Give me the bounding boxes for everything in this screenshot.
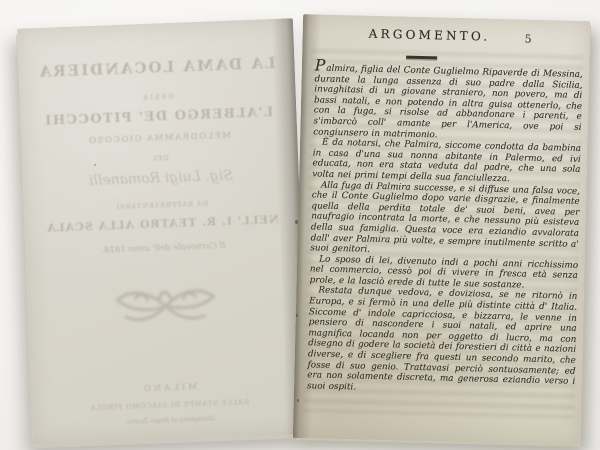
bleedthrough-genre: MELODRAMMA GIOCOSO bbox=[21, 128, 297, 149]
right-page: ARGOMENTO. 5 Palmira, figlia del Conte G… bbox=[293, 14, 590, 445]
argomento-paragraph-1: Palmira, figlia del Conte Guglielmo Ripa… bbox=[313, 63, 583, 144]
bleedthrough-city: MILANO bbox=[31, 378, 307, 399]
bleedthrough-del: DEL bbox=[22, 149, 298, 168]
paragraph-text: almira, figlia del Conte Guglielmo Ripav… bbox=[313, 64, 583, 140]
bleedthrough-main-title: LA DAMA LOCANDIERA bbox=[18, 53, 294, 82]
section-heading: ARGOMENTO. bbox=[369, 27, 491, 44]
argomento-paragraph-5: Restata dunque vedova, e doviziosa, se n… bbox=[307, 286, 578, 398]
argomento-body: Palmira, figlia del Conte Guglielmo Ripa… bbox=[306, 63, 583, 436]
photo-background: LA DAMA LOCANDIERA OSSIA L'ALBERGO DE' P… bbox=[0, 0, 600, 450]
argomento-paragraph-3: Alla fuga di Palmira successe, e si diff… bbox=[310, 180, 580, 261]
open-libretto-book: LA DAMA LOCANDIERA OSSIA L'ALBERGO DE' P… bbox=[24, 8, 583, 440]
ornament-flourish-icon bbox=[27, 276, 305, 341]
bleedthrough-subtitle: L'ALBERGO DE' PITOCCHI bbox=[20, 104, 296, 130]
page-number: 5 bbox=[524, 32, 531, 45]
bleedthrough-represent: DA RAPPRESENTARSI bbox=[24, 196, 300, 215]
bleedthrough-ossia: OSSIA bbox=[20, 88, 296, 107]
bleedthrough-theatre: NELL' I. R. TEATRO ALLA SCALA bbox=[24, 212, 300, 236]
ink-speck bbox=[297, 399, 299, 402]
argomento-paragraph-2: È da notarsi, che Palmira, siccome condo… bbox=[312, 138, 581, 187]
ink-speck bbox=[295, 220, 298, 224]
bleedthrough-address: Dirimpetto al Regio Teatro. bbox=[32, 411, 308, 430]
ink-speck bbox=[94, 164, 96, 166]
bleedthrough-author-script: Sig. Luigi Romanelli bbox=[23, 165, 299, 192]
bleedthrough-titlepage: LA DAMA LOCANDIERA OSSIA L'ALBERGO DE' P… bbox=[17, 18, 309, 444]
bleedthrough-season: Il Carnovale dell' anno 1818. bbox=[25, 238, 301, 259]
left-page: LA DAMA LOCANDIERA OSSIA L'ALBERGO DE' P… bbox=[17, 18, 309, 444]
ink-speck bbox=[296, 314, 298, 317]
